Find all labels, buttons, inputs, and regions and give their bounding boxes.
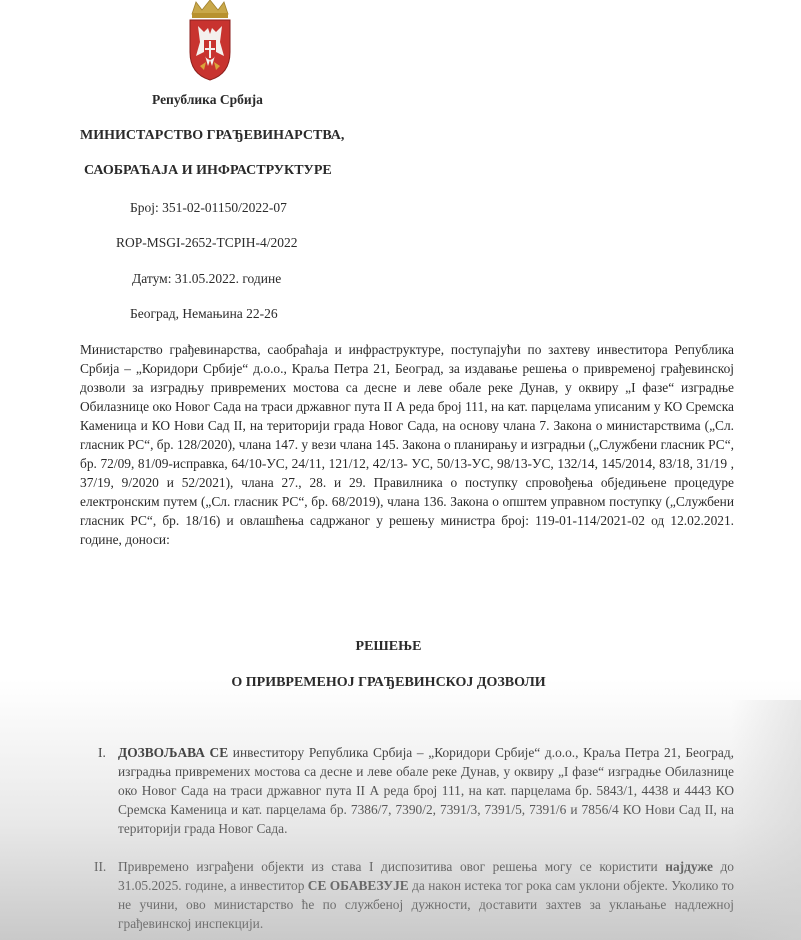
decision-title: РЕШЕЊЕ	[0, 639, 789, 655]
item-number: I.	[98, 743, 106, 762]
serbia-coat-of-arms-icon	[184, 0, 236, 82]
rop-reference: ROP-MSGI-2652-TCPIH-4/2022	[116, 235, 298, 251]
item-bold-a: најдуже	[665, 859, 713, 874]
document-number: Број: 351-02-01150/2022-07	[130, 200, 287, 216]
ministry-address: Београд, Немањина 22-26	[130, 306, 278, 322]
item-bold-lead: ДОЗВОЉАВА СЕ	[118, 745, 228, 760]
ministry-name-line2: САОБРАЋАЈА И ИНФРАСТРУКТУРЕ	[84, 163, 332, 179]
intro-paragraph: Министарство грађевинарства, саобраћаја …	[80, 340, 734, 549]
decision-subtitle: О ПРИВРЕМЕНОЈ ГРАЂЕВИНСКОЈ ДОЗВОЛИ	[0, 675, 789, 691]
document-page: Република Србија МИНИСТАРСТВО ГРАЂЕВИНАР…	[0, 0, 801, 940]
country-name: Република Србија	[152, 92, 263, 108]
item-text-a: Привремено изграђени објекти из става I …	[118, 859, 665, 874]
disposition-item-1: I.ДОЗВОЉАВА СЕ инвеститору Република Срб…	[118, 743, 734, 838]
disposition-item-2: II.Привремено изграђени објекти из става…	[118, 857, 734, 933]
right-shadow	[731, 700, 801, 940]
ministry-name-line1: МИНИСТАРСТВО ГРАЂЕВИНАРСТВА,	[80, 128, 344, 144]
item-number: II.	[94, 857, 106, 876]
item-bold-b: СЕ ОБАВЕЗУЈЕ	[308, 878, 409, 893]
document-date: Датум: 31.05.2022. године	[132, 271, 281, 287]
